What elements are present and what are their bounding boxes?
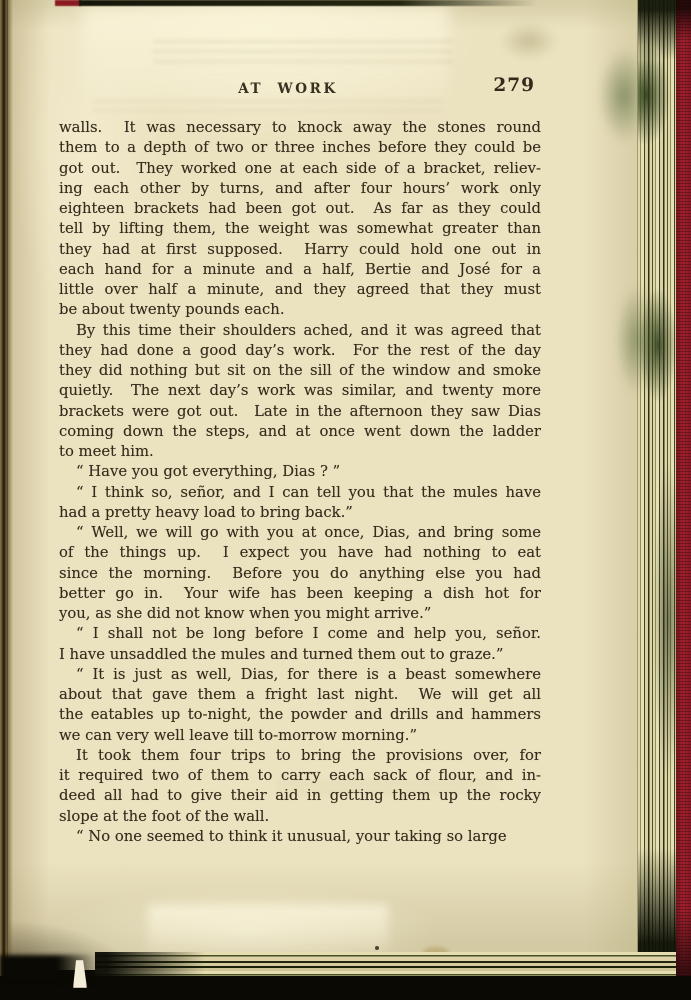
text-line: “ No one seemed to think it unusual, you… xyxy=(59,827,541,847)
body-text: walls. It was necessary to knock away th… xyxy=(59,118,541,847)
page-header: AT WORK 279 xyxy=(59,78,541,118)
text-line: “ It is just as well, Dias, for there is… xyxy=(59,665,541,685)
text-line: each hand for a minute and a half, Berti… xyxy=(59,260,541,280)
text-line: we can very well leave till to-morrow mo… xyxy=(59,726,541,746)
text-line: little over half a minute, and they agre… xyxy=(59,280,541,300)
text-line: got out. They worked one at each side of… xyxy=(59,159,541,179)
text-line: since the morning. Before you do anythin… xyxy=(59,564,541,584)
scanned-book-page-photo: AT WORK 279 walls. It was necessary to k… xyxy=(0,0,691,1000)
text-line: better go in. Your wife has been keeping… xyxy=(59,584,541,604)
text-line: deed all had to give their aid in gettin… xyxy=(59,786,541,806)
text-line: they did nothing but sit on the sill of … xyxy=(59,361,541,381)
page-fore-edge-stack xyxy=(638,0,676,988)
text-line: be about twenty pounds each. xyxy=(59,300,541,320)
text-line: about that gave them a fright last night… xyxy=(59,685,541,705)
text-line: it required two of them to carry each sa… xyxy=(59,766,541,786)
text-line: ing each other by turns, and after four … xyxy=(59,179,541,199)
text-line: It took them four trips to bring the pro… xyxy=(59,746,541,766)
gutter-shadow xyxy=(0,0,14,1000)
text-line: slope at the foot of the wall. xyxy=(59,807,541,827)
page-top-edge-shadow xyxy=(79,0,537,6)
text-line: had a pretty heavy load to bring back.” xyxy=(59,503,541,523)
text-line: them to a depth of two or three inches b… xyxy=(59,138,541,158)
ink-speck xyxy=(375,946,379,950)
book-bottom-shadow xyxy=(0,976,691,1000)
text-line: “ I shall not be long before I come and … xyxy=(59,624,541,644)
text-line: tell by lifting them, the weight was som… xyxy=(59,219,541,239)
text-line: they had done a good day’s work. For the… xyxy=(59,341,541,361)
text-line: to meet him. xyxy=(59,442,541,462)
text-line: “ Well, we will go with you at once, Dia… xyxy=(59,523,541,543)
page-number: 279 xyxy=(493,75,535,96)
text-line: eighteen brackets had been got out. As f… xyxy=(59,199,541,219)
cover-sliver-top xyxy=(55,0,81,6)
text-line: By this time their shoulders ached, and … xyxy=(59,321,541,341)
text-line: brackets were got out. Late in the after… xyxy=(59,402,541,422)
text-line: walls. It was necessary to knock away th… xyxy=(59,118,541,138)
show-through-text-ghost xyxy=(153,40,453,68)
text-line: “ I think so, señor, and I can tell you … xyxy=(59,483,541,503)
book-cover-cloth xyxy=(676,0,691,1000)
text-line: you, as she did not know when you might … xyxy=(59,604,541,624)
text-line: they had at first supposed. Harry could … xyxy=(59,240,541,260)
text-line: quietly. The next day’s work was similar… xyxy=(59,381,541,401)
text-line: coming down the steps, and at once went … xyxy=(59,422,541,442)
text-line: the eatables up to-night, the powder and… xyxy=(59,705,541,725)
stain-mark xyxy=(500,22,558,60)
text-column: AT WORK 279 walls. It was necessary to k… xyxy=(59,78,541,847)
text-line: of the things up. I expect you have had … xyxy=(59,543,541,563)
text-line: “ Have you got everything, Dias ? ” xyxy=(59,462,541,482)
text-line: I have unsaddled the mules and turned th… xyxy=(59,645,541,665)
running-title: AT WORK xyxy=(47,81,529,97)
